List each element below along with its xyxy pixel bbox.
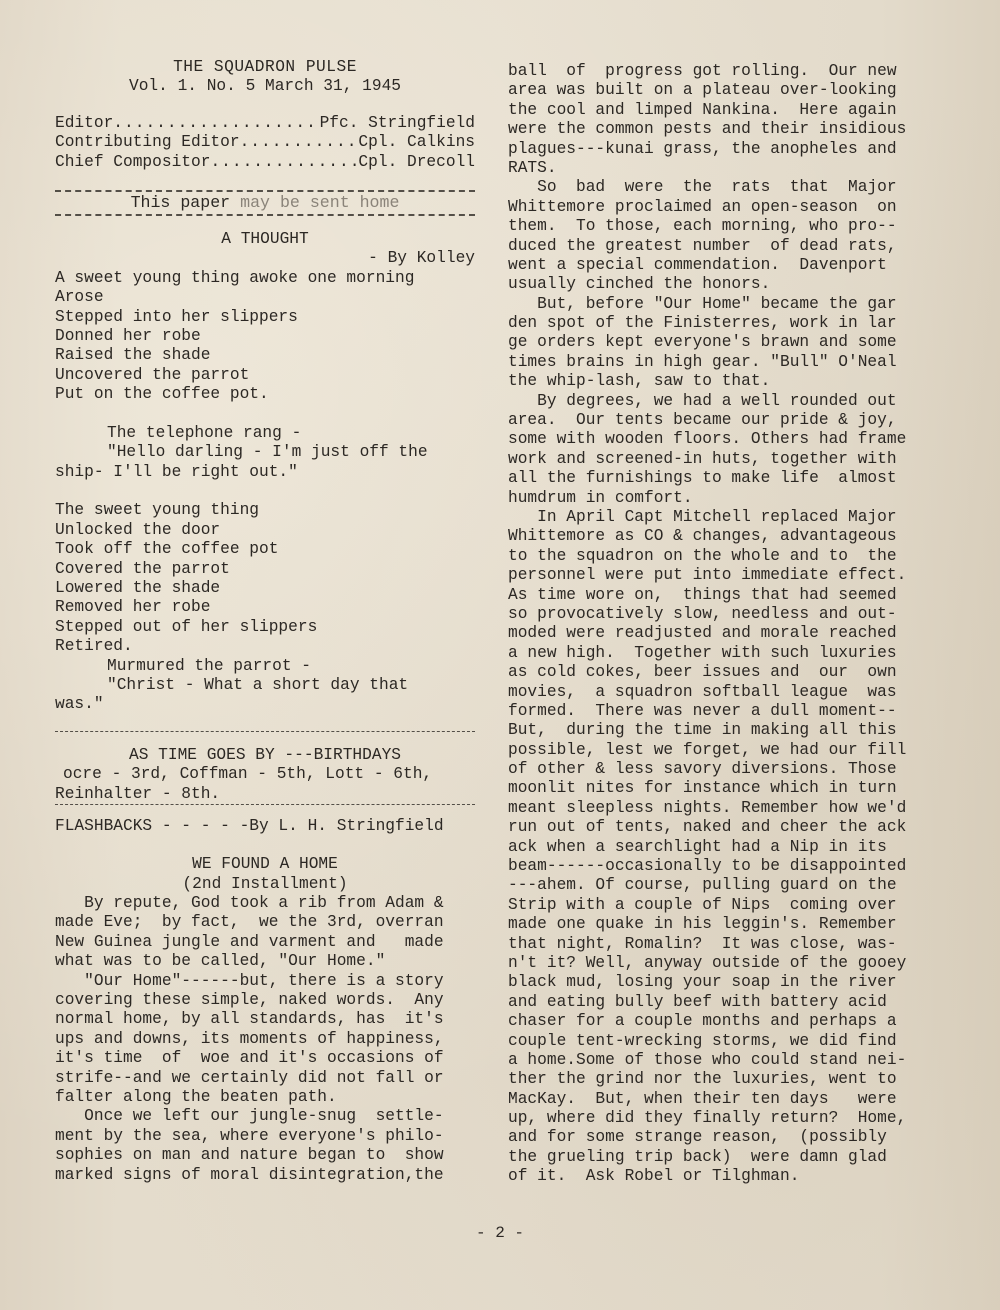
poem-line: ship- I'll be right out."	[55, 463, 475, 482]
story-line: possible, lest we forget, we had our fil…	[508, 741, 928, 760]
newsletter-title: THE SQUADRON PULSE	[55, 58, 475, 77]
poem-title: A THOUGHT	[55, 230, 475, 249]
story-line: n't it? Well, anyway outside of the gooe…	[508, 954, 928, 973]
story-line: it's time of woe and it's occasions of	[55, 1049, 475, 1068]
story-line: so provocatively slow, needless and out-	[508, 605, 928, 624]
flashbacks-section: FLASHBACKS - - - - -By L. H. Stringfield…	[55, 817, 475, 1185]
poem-line: Unlocked the door	[55, 521, 475, 540]
poem-line: Covered the parrot	[55, 560, 475, 579]
story-line: Whittemore proclaimed an open-season on	[508, 198, 928, 217]
story-line: humdrum in comfort.	[508, 489, 928, 508]
story-line: ack when a searchlight had a Nip in its	[508, 838, 928, 857]
poem-line: "Christ - What a short day that	[55, 676, 475, 695]
story-line: But, before "Our Home" became the gar	[508, 295, 928, 314]
story-line: ball of progress got rolling. Our new	[508, 62, 928, 81]
story-line: area. Our tents became our pride & joy,	[508, 411, 928, 430]
poem-line: Raised the shade	[55, 346, 475, 365]
story-line: By degrees, we had a well rounded out	[508, 392, 928, 411]
poem-line: A sweet young thing awoke one morning	[55, 269, 475, 288]
story-line: duced the greatest number of dead rats,	[508, 237, 928, 256]
birthdays-line: Reinhalter - 8th.	[55, 785, 475, 804]
notice-faded: may be sent home	[240, 193, 399, 212]
story-line: "Our Home"------but, there is a story	[55, 972, 475, 991]
staff-row-editor: Editor .................................…	[55, 114, 475, 133]
story-line: By repute, God took a rib from Adam &	[55, 894, 475, 913]
poem-line: Arose	[55, 288, 475, 307]
story-line: the cool and limped Nankina. Here again	[508, 101, 928, 120]
story-line: were the common pests and their insidiou…	[508, 120, 928, 139]
story-line: Once we left our jungle-snug settle-	[55, 1107, 475, 1126]
story-line: to the squadron on the whole and to the	[508, 547, 928, 566]
notice-text: This paper may be sent home	[55, 192, 475, 214]
story-line: ---ahem. Of course, pulling guard on the	[508, 876, 928, 895]
left-column: THE SQUADRON PULSE Vol. 1. No. 5 March 3…	[55, 58, 475, 1185]
story-line: covering these simple, naked words. Any	[55, 991, 475, 1010]
story-line: meant sleepless nights. Remember how we'…	[508, 799, 928, 818]
story-line: that night, Romalin? It was close, was-	[508, 935, 928, 954]
story-line: den spot of the Finisterres, work in lar	[508, 314, 928, 333]
story-line: of it. Ask Robel or Tilghman.	[508, 1167, 928, 1186]
story-line: But, during the time in making all this	[508, 721, 928, 740]
leader-dots: ........................................…	[113, 114, 319, 133]
staff-row-chief-compositor: Chief Compositor .......................…	[55, 153, 475, 172]
newsletter-page: THE SQUADRON PULSE Vol. 1. No. 5 March 3…	[0, 0, 1000, 1310]
poem-line: Uncovered the parrot	[55, 366, 475, 385]
masthead: THE SQUADRON PULSE Vol. 1. No. 5 March 3…	[55, 58, 475, 97]
story-line: some with wooden floors. Others had fram…	[508, 430, 928, 449]
story-line: up, where did they finally return? Home,	[508, 1109, 928, 1128]
poem-stanza-1: A sweet young thing awoke one morning Ar…	[55, 269, 475, 405]
story-line: went a special commendation. Davenport	[508, 256, 928, 275]
story-line: marked signs of moral disintegration,the	[55, 1166, 475, 1185]
poem-line: The sweet young thing	[55, 501, 475, 520]
staff-row-contributing-editor: Contributing Editor ....................…	[55, 133, 475, 152]
staff-name: Pfc. Stringfield	[320, 114, 475, 133]
story-line: them. To those, each morning, who pro--	[508, 217, 928, 236]
story-installment: (2nd Installment)	[55, 875, 475, 894]
story-line: of other & less savory diversions. Those	[508, 760, 928, 779]
story-line: moded were readjusted and morale reached	[508, 624, 928, 643]
right-column: ball of progress got rolling. Our new ar…	[508, 62, 928, 1187]
story-line: times brains in high gear. "Bull" O'Neal	[508, 353, 928, 372]
story-line: sophies on man and nature began to show	[55, 1146, 475, 1165]
flashbacks-heading: FLASHBACKS - - - - -By L. H. Stringfield	[55, 817, 475, 836]
story-line: couple tent-wrecking storms, we did find	[508, 1032, 928, 1051]
story-line: work and screened-in huts, together with	[508, 450, 928, 469]
story-line: a home.Some of those who could stand nei…	[508, 1051, 928, 1070]
story-line: ups and downs, its moments of happiness,	[55, 1030, 475, 1049]
story-line: chaser for a couple months and perhaps a	[508, 1012, 928, 1031]
poem-line: Lowered the shade	[55, 579, 475, 598]
divider	[55, 190, 475, 192]
story-line: made one quake in his leggin's. Remember	[508, 915, 928, 934]
story-line: ther the grind nor the luxuries, went to	[508, 1070, 928, 1089]
notice-strong: This paper	[131, 193, 241, 212]
story-text-right: ball of progress got rolling. Our new ar…	[508, 62, 928, 1187]
story-line: RATS.	[508, 159, 928, 178]
poem-line: Stepped out of her slippers	[55, 618, 475, 637]
story-line: movies, a squadron softball league was	[508, 683, 928, 702]
story-line: area was built on a plateau over-looking	[508, 81, 928, 100]
leader-dots: ........................................…	[240, 133, 359, 152]
story-line: New Guinea jungle and varment and made	[55, 933, 475, 952]
poem-line: Removed her robe	[55, 598, 475, 617]
story-line: made Eve; by fact, we the 3rd, overran	[55, 913, 475, 932]
poem-line: The telephone rang -	[55, 424, 475, 443]
story-line: as cold cokes, beer issues and our own	[508, 663, 928, 682]
story-line: what was to be called, "Our Home."	[55, 952, 475, 971]
staff-role: Editor	[55, 114, 113, 133]
story-line: normal home, by all standards, has it's	[55, 1010, 475, 1029]
story-line: Whittemore as CO & changes, advantageous	[508, 527, 928, 546]
story-line: the whip-lash, saw to that.	[508, 372, 928, 391]
poem-line: was."	[55, 695, 475, 714]
story-line: As time wore on, things that had seemed	[508, 586, 928, 605]
story-line: all the furnishings to make life almost	[508, 469, 928, 488]
story-line: ment by the sea, where everyone's philo-	[55, 1127, 475, 1146]
story-line: usually cinched the honors.	[508, 275, 928, 294]
story-title: WE FOUND A HOME	[55, 855, 475, 874]
poem-line: Put on the coffee pot.	[55, 385, 475, 404]
story-line: the grueling trip back) were damn glad	[508, 1148, 928, 1167]
poem-line: Took off the coffee pot	[55, 540, 475, 559]
poem-line: Stepped into her slippers	[55, 308, 475, 327]
story-line: plagues---kunai grass, the anopheles and	[508, 140, 928, 159]
poem-line: Retired.	[55, 637, 475, 656]
story-line: ge orders kept everyone's brawn and some	[508, 333, 928, 352]
staff-role: Chief Compositor	[55, 153, 210, 172]
story-line: In April Capt Mitchell replaced Major	[508, 508, 928, 527]
leader-dots: ........................................…	[210, 153, 358, 172]
poem-line: "Hello darling - I'm just off the	[55, 443, 475, 462]
story-line: a new high. Together with such luxuries	[508, 644, 928, 663]
divider	[55, 214, 475, 216]
story-line: formed. There was never a dull moment--	[508, 702, 928, 721]
notice-banner: This paper may be sent home	[55, 190, 475, 216]
birthdays-line: ocre - 3rd, Coffman - 5th, Lott - 6th,	[55, 765, 475, 784]
story-line: Strip with a couple of Nips coming over	[508, 896, 928, 915]
poem-stanza-2: The telephone rang - "Hello darling - I'…	[55, 424, 475, 482]
staff-name: Cpl. Calkins	[358, 133, 475, 152]
staff-box: Editor .................................…	[55, 114, 475, 172]
story-line: personnel were put into immediate effect…	[508, 566, 928, 585]
staff-role: Contributing Editor	[55, 133, 240, 152]
story-line: falter along the beaten path.	[55, 1088, 475, 1107]
divider	[55, 804, 475, 805]
story-text-left: By repute, God took a rib from Adam & ma…	[55, 894, 475, 1185]
birthdays-heading: AS TIME GOES BY ---BIRTHDAYS	[55, 746, 475, 765]
poem-line: Donned her robe	[55, 327, 475, 346]
poem-byline: - By Kolley	[55, 249, 475, 268]
story-line: and eating bully beef with battery acid	[508, 993, 928, 1012]
story-line: moonlit nites for instance which in turn	[508, 779, 928, 798]
story-line: beam------occasionally to be disappointe…	[508, 857, 928, 876]
poem-stanza-3: The sweet young thing Unlocked the door …	[55, 501, 475, 714]
staff-name: Cpl. Drecoll	[358, 153, 475, 172]
story-line: black mud, losing your soap in the river	[508, 973, 928, 992]
story-line: strife--and we certainly did not fall or	[55, 1069, 475, 1088]
story-line: So bad were the rats that Major	[508, 178, 928, 197]
story-line: run out of tents, naked and cheer the ac…	[508, 818, 928, 837]
issue-line: Vol. 1. No. 5 March 31, 1945	[55, 77, 475, 96]
story-line: and for some strange reason, (possibly	[508, 1128, 928, 1147]
divider	[55, 731, 475, 732]
poem-section: A THOUGHT - By Kolley A sweet young thin…	[55, 230, 475, 715]
page-number: - 2 -	[0, 1224, 1000, 1242]
birthdays-section: AS TIME GOES BY ---BIRTHDAYS ocre - 3rd,…	[55, 731, 475, 805]
story-line: MacKay. But, when their ten days were	[508, 1090, 928, 1109]
poem-line: Murmured the parrot -	[55, 657, 475, 676]
